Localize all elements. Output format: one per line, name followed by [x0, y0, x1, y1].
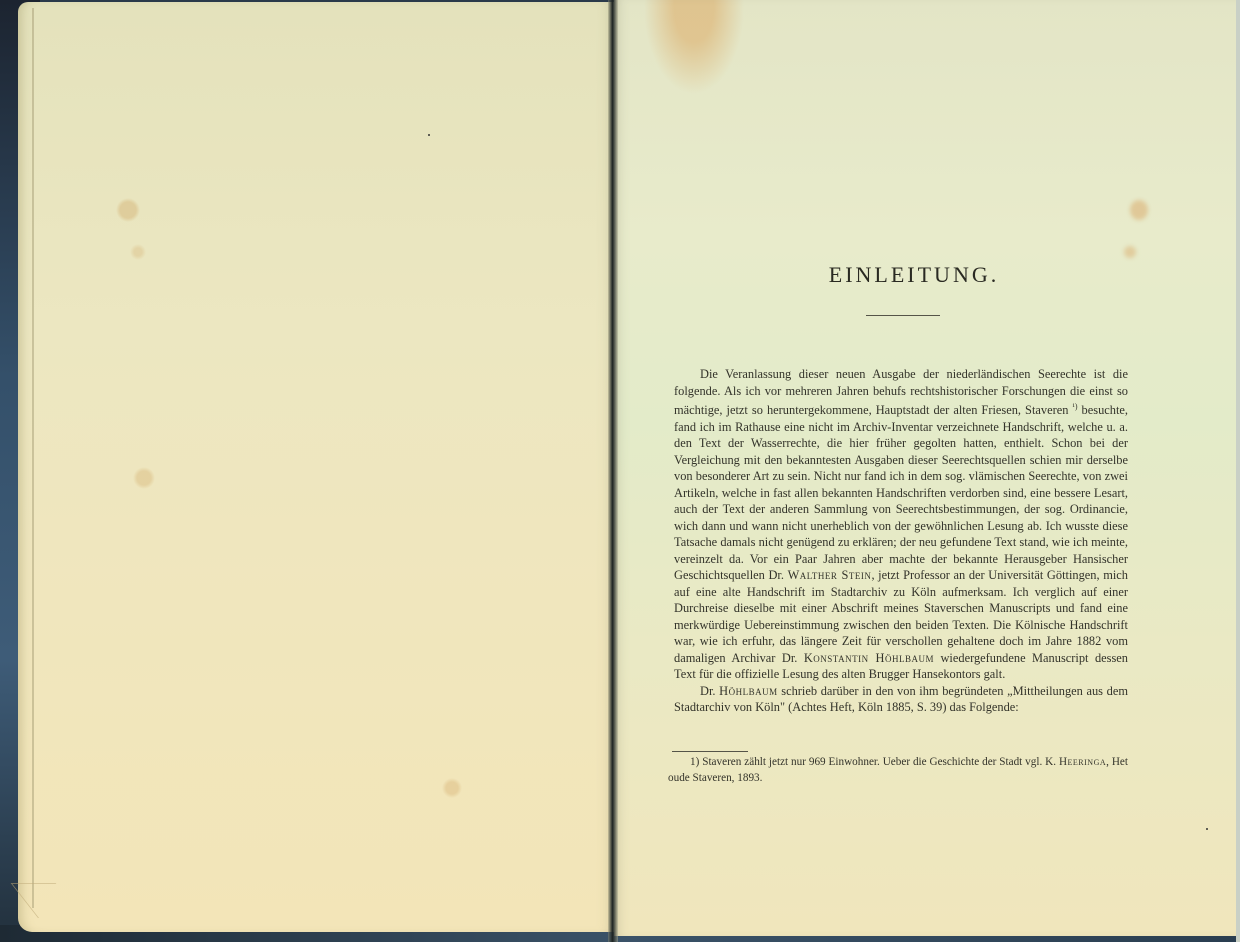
paragraph-2: Dr. Höhlbaum schrieb darüber in den von … [674, 683, 1128, 716]
body-text: Die Veranlassung dieser neuen Ausgabe de… [674, 366, 1128, 716]
person-name: Konstantin Höhlbaum [804, 651, 934, 665]
person-name: Walther Stein [788, 568, 872, 582]
paragraph-1: Die Veranlassung dieser neuen Ausgabe de… [674, 366, 1128, 683]
chapter-heading: EINLEITUNG. [614, 262, 1214, 288]
book-gutter [608, 0, 618, 942]
footnote: 1) Staveren zählt jetzt nur 969 Einwohne… [668, 754, 1128, 786]
foxing-stain [1130, 200, 1148, 220]
heading-rule [866, 315, 940, 316]
speck [1206, 828, 1208, 830]
footnote-rule [672, 751, 748, 752]
left-page-blank [18, 2, 616, 932]
person-name: Heeringa [1059, 756, 1106, 768]
foxing-stain [1124, 246, 1136, 258]
person-name: Höhlbaum [719, 684, 777, 698]
speck [428, 134, 430, 136]
page-edge [1236, 0, 1240, 942]
